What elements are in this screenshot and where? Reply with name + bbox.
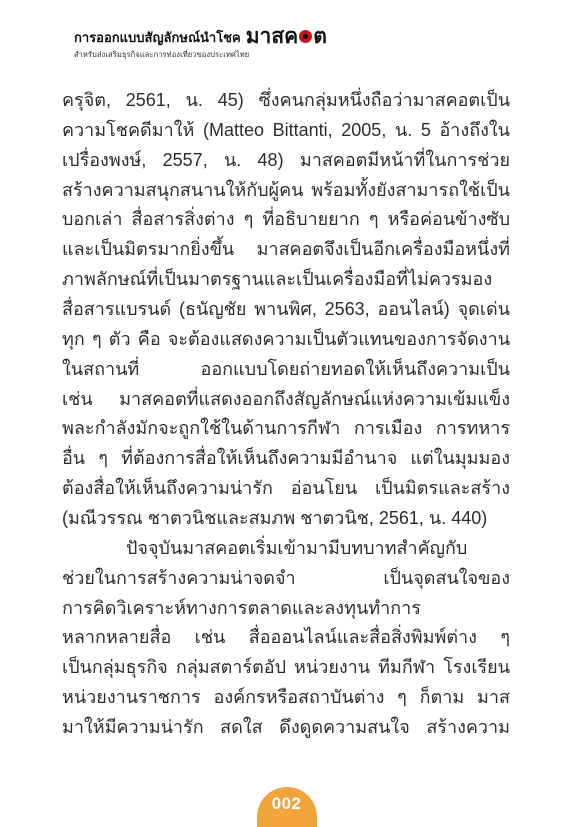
logo-brand-part1: มาสค [246,26,299,47]
red-dot-icon [299,30,312,43]
text-line: อื่น ๆ ที่ต้องการสื่อให้เห็นถึงความมีอำน… [62,444,510,474]
logo-title-prefix: การออกแบบสัญลักษณ์นำโชค [74,31,241,47]
document-page: การออกแบบสัญลักษณ์นำโชค มาสคต สำหรับส่งเ… [0,0,571,827]
text-line: ความโชคดีมาให้ (Matteo Bittanti, 2005, น… [62,116,510,146]
text-line: เป็นกลุ่มธุรกิจ กลุ่มสตาร์ตอัป หน่วยงาน … [62,653,510,683]
text-line: บอกเล่า สื่อสารสิ่งต่าง ๆ ที่อธิบายยาก ๆ… [62,205,510,235]
logo-brand-part2: ต [313,26,327,47]
text-line: และเป็นมิตรมากยิ่งขึ้น มาสคอตจึงเป็นอีกเ… [62,235,510,265]
body-text: ครุจิต, 2561, น. 45) ซึ่งคนกลุ่มหนึ่งถือ… [62,86,510,743]
text-line: ในสถานที่ ออกแบบโดยถ่ายทอดให้เห็นถึงความ… [62,355,510,385]
text-line: หลากหลายสื่อ เช่น สื่อออนไลน์และสื่อสิ่ง… [62,623,510,653]
text-line: เช่น มาสคอตที่แสดงออกถึงสัญลักษณ์แห่งควา… [62,385,510,415]
text-line: ทุก ๆ ตัว คือ จะต้องแสดงความเป็นตัวแทนขอ… [62,325,510,355]
text-line: สร้างความสนุกสนานให้กับผู้คน พร้อมทั้งยั… [62,176,510,206]
paragraph-1: ครุจิต, 2561, น. 45) ซึ่งคนกลุ่มหนึ่งถือ… [62,86,510,534]
text-line: ช่วยในการสร้างความน่าจดจำ เป็นจุดสนใจของ… [62,564,510,594]
logo-title: การออกแบบสัญลักษณ์นำโชค มาสคต [74,26,327,47]
page-number: 002 [272,794,302,813]
page-number-badge: 002 [257,787,317,827]
logo-subtitle: สำหรับส่งเสริมธุรกิจและการท่องเที่ยวของป… [74,49,327,61]
text-line: มาให้มีความน่ารัก สดใส ดึงดูดความสนใจ สร… [62,713,510,743]
text-line: พละกำลังมักจะถูกใช้ในด้านการกีฬา การเมือ… [62,414,510,444]
text-line: (มณีวรรณ ชาตวนิชและสมภพ ชาตวนิช, 2561, น… [62,504,510,534]
text-line: ปัจจุบันมาสคอตเริ่มเข้ามามีบทบาทสำคัญกับ… [62,534,510,564]
text-line: เปรื่องพงษ์, 2557, น. 48) มาสคอตมีหน้าที… [62,146,510,176]
text-line: สื่อสารแบรนด์ (ธนัญชัย พานพิศ, 2563, ออน… [62,295,510,325]
text-line: ครุจิต, 2561, น. 45) ซึ่งคนกลุ่มหนึ่งถือ… [62,86,510,116]
text-line: ต้องสื่อให้เห็นถึงความน่ารัก อ่อนโยน เป็… [62,474,510,504]
logo-brand: มาสคต [246,26,327,47]
header-logo: การออกแบบสัญลักษณ์นำโชค มาสคต สำหรับส่งเ… [74,26,327,61]
text-line: หน่วยงานราชการ องค์กรหรือสถาบันต่าง ๆ ก็… [62,683,510,713]
text-line: การคิดวิเคราะห์ทางการตลาดและลงทุนทำการปร… [62,594,510,624]
text-line: ภาพลักษณ์ที่เป็นมาตรฐานและเป็นเครื่องมือ… [62,265,510,295]
paragraph-2: ปัจจุบันมาสคอตเริ่มเข้ามามีบทบาทสำคัญกับ… [62,534,510,743]
